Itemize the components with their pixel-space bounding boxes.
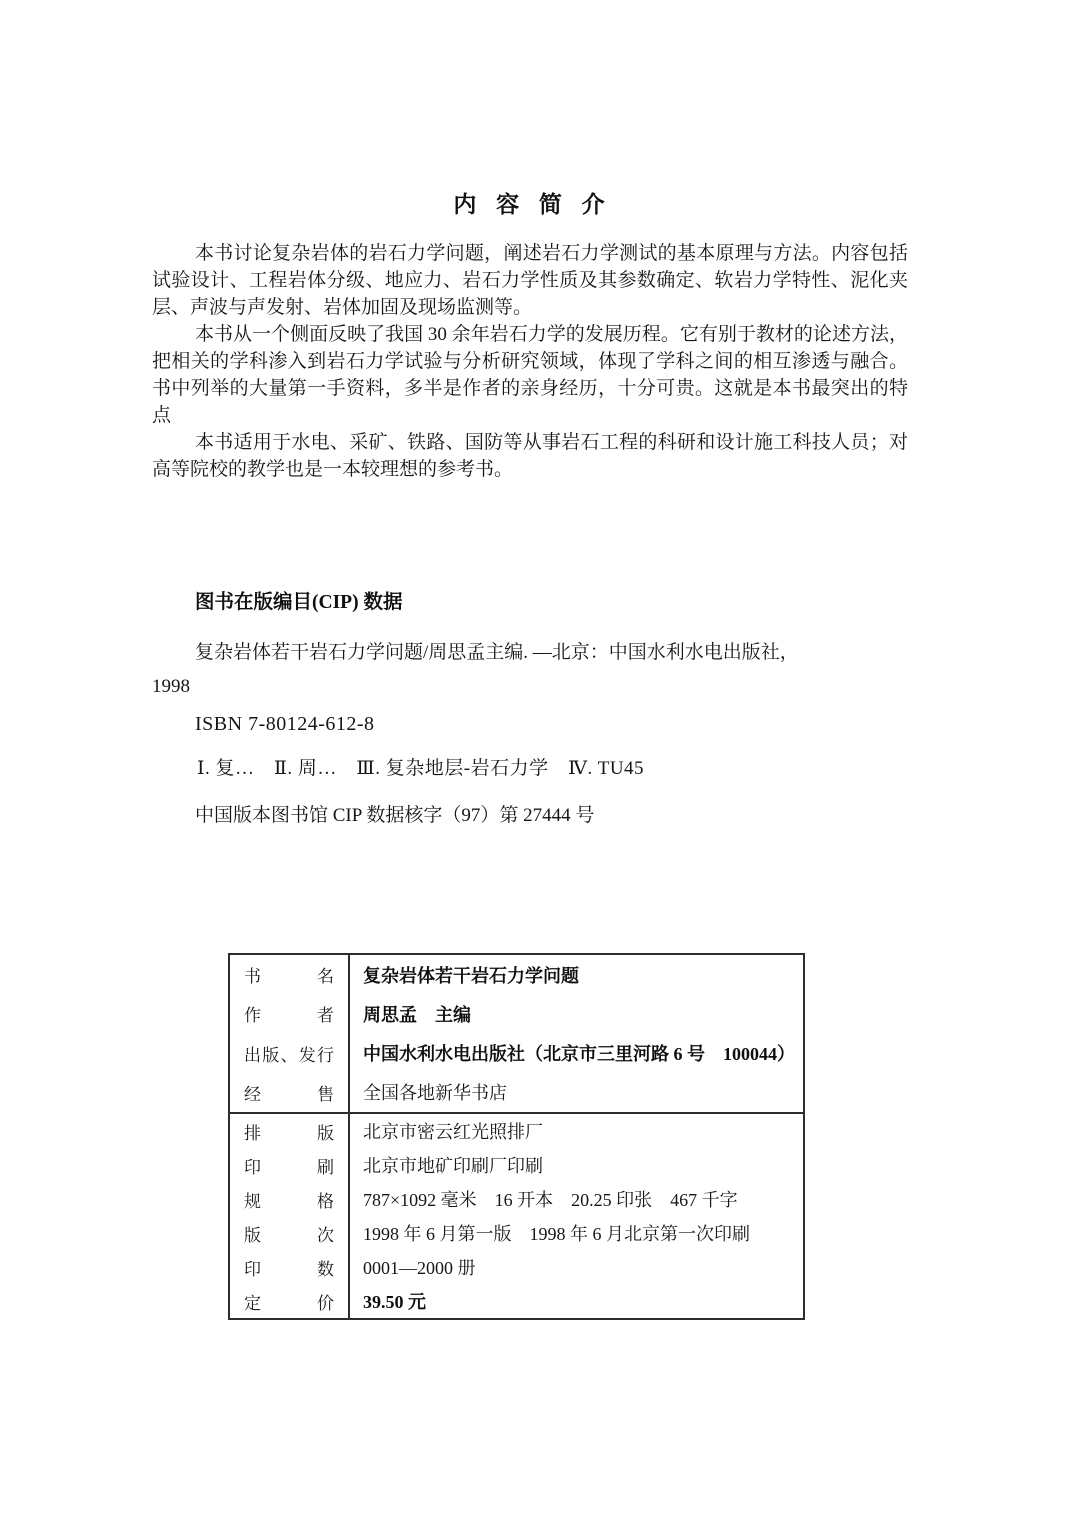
label-char: 版	[317, 1119, 334, 1144]
label-char: 行	[317, 1041, 334, 1066]
colophon-row-value: 787×1092 毫米 16 开本 20.25 印张 467 千字	[350, 1182, 803, 1216]
colophon-row: 书名复杂岩体若干岩石力学问题	[230, 955, 803, 994]
colophon-row-label: 排版	[230, 1114, 350, 1148]
colophon-row-value: 中国水利水电出版社（北京市三里河路 6 号 100044）	[350, 1034, 803, 1073]
cip-record-number: 中国版本图书馆 CIP 数据核字（97）第 27444 号	[152, 800, 908, 827]
content-summary-title: 内 容 简 介	[152, 186, 908, 219]
colophon-row-value: 北京市密云红光照排厂	[350, 1114, 803, 1148]
colophon-row-label: 出版、发行	[230, 1034, 350, 1073]
label-char: 数	[317, 1255, 334, 1280]
colophon-row-label: 书名	[230, 955, 350, 994]
colophon-row-value: 39.50 元	[350, 1284, 803, 1318]
colophon-section: 排版北京市密云红光照排厂印刷北京市地矿印刷厂印刷规格787×1092 毫米 16…	[230, 1114, 803, 1318]
colophon-row-value: 周思孟 主编	[350, 994, 803, 1033]
colophon-row-value: 全国各地新华书店	[350, 1073, 803, 1112]
colophon-row-value: 复杂岩体若干岩石力学问题	[350, 955, 803, 994]
label-char: 名	[317, 962, 334, 987]
label-char: 、	[281, 1041, 298, 1066]
colophon-row-label: 经售	[230, 1073, 350, 1112]
label-char: 格	[317, 1187, 334, 1212]
colophon-row: 规格787×1092 毫米 16 开本 20.25 印张 467 千字	[230, 1182, 803, 1216]
colophon-row-value: 0001—2000 册	[350, 1250, 803, 1284]
colophon-row-label: 版次	[230, 1216, 350, 1250]
label-char: 排	[244, 1119, 261, 1144]
colophon-row: 印刷北京市地矿印刷厂印刷	[230, 1148, 803, 1182]
label-char: 印	[244, 1255, 261, 1280]
colophon-row-label: 规格	[230, 1182, 350, 1216]
label-char: 书	[244, 962, 261, 987]
colophon-row: 作者周思孟 主编	[230, 994, 803, 1033]
colophon-row-value: 1998 年 6 月第一版 1998 年 6 月北京第一次印刷	[350, 1216, 803, 1250]
summary-paragraph: 本书讨论复杂岩体的岩石力学问题，阐述岩石力学测试的基本原理与方法。内容包括试验设…	[152, 240, 908, 321]
label-char: 版	[244, 1221, 261, 1246]
cip-data-section: 图书在版编目(CIP) 数据 复杂岩体若干岩石力学问题/周思孟主编. —北京：中…	[152, 586, 908, 827]
label-char: 印	[244, 1153, 261, 1178]
summary-paragraph: 本书适用于水电、采矿、铁路、国防等从事岩石工程的科研和设计施工科技人员；对高等院…	[152, 429, 908, 483]
colophon-row: 版次1998 年 6 月第一版 1998 年 6 月北京第一次印刷	[230, 1216, 803, 1250]
label-char: 次	[317, 1221, 334, 1246]
book-copyright-page: 内 容 简 介 本书讨论复杂岩体的岩石力学问题，阐述岩石力学测试的基本原理与方法…	[0, 0, 1080, 1527]
colophon-row: 出版、发行中国水利水电出版社（北京市三里河路 6 号 100044）	[230, 1034, 803, 1073]
cip-header: 图书在版编目(CIP) 数据	[152, 586, 908, 614]
cip-entry-line: 复杂岩体若干岩石力学问题/周思孟主编. —北京：中国水利水电出版社，	[152, 639, 908, 666]
colophon-row: 经售全国各地新华书店	[230, 1073, 803, 1112]
colophon-row: 定价39.50 元	[230, 1284, 803, 1318]
colophon-table: 书名复杂岩体若干岩石力学问题作者周思孟 主编出版、发行中国水利水电出版社（北京市…	[228, 953, 805, 1320]
label-char: 价	[317, 1289, 334, 1314]
label-char: 规	[244, 1187, 261, 1212]
colophon-row-label: 作者	[230, 994, 350, 1033]
label-char: 定	[244, 1289, 261, 1314]
summary-paragraph: 本书从一个侧面反映了我国 30 余年岩石力学的发展历程。它有别于教材的论述方法，…	[152, 321, 908, 429]
label-char: 作	[244, 1001, 261, 1026]
content-summary-section: 内 容 简 介 本书讨论复杂岩体的岩石力学问题，阐述岩石力学测试的基本原理与方法…	[152, 186, 908, 483]
colophon-row: 排版北京市密云红光照排厂	[230, 1114, 803, 1148]
colophon-row-label: 印刷	[230, 1148, 350, 1182]
colophon-row-label: 印数	[230, 1250, 350, 1284]
cip-entry-year: 1998	[152, 673, 908, 700]
colophon-row-value: 北京市地矿印刷厂印刷	[350, 1148, 803, 1182]
label-char: 者	[317, 1001, 334, 1026]
label-char: 发	[299, 1041, 316, 1066]
label-char: 版	[262, 1041, 279, 1066]
label-char: 售	[317, 1080, 334, 1105]
label-char: 出	[244, 1041, 261, 1066]
colophon-row-label: 定价	[230, 1284, 350, 1318]
label-char: 经	[244, 1080, 261, 1105]
colophon-section: 书名复杂岩体若干岩石力学问题作者周思孟 主编出版、发行中国水利水电出版社（北京市…	[230, 955, 803, 1114]
label-char: 刷	[317, 1153, 334, 1178]
cip-classification-line: Ⅰ. 复… Ⅱ. 周… Ⅲ. 复杂地层-岩石力学 Ⅳ. TU45	[152, 753, 908, 780]
isbn-line: ISBN 7-80124-612-8	[152, 713, 908, 736]
colophon-row: 印数0001—2000 册	[230, 1250, 803, 1284]
